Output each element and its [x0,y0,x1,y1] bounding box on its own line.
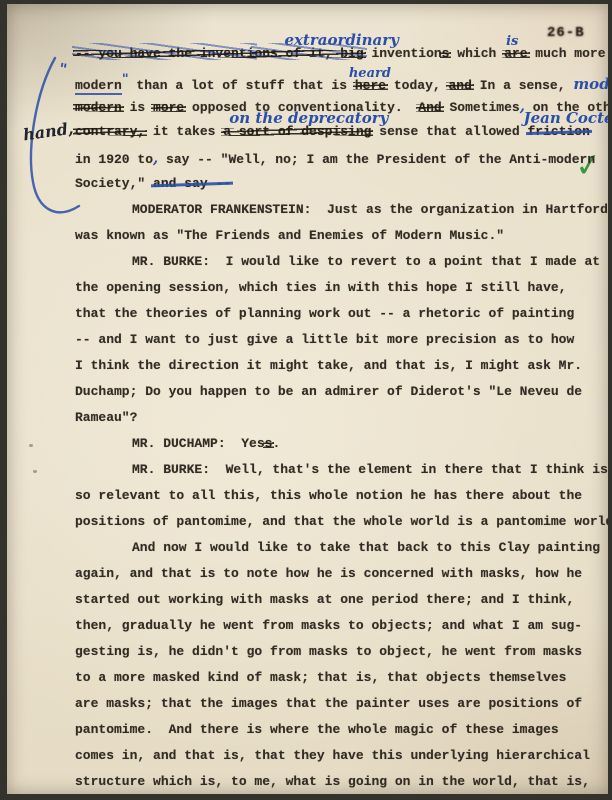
typed-text: -- and I want to just give a little bit … [75,332,574,347]
typed-line: to a more masked kind of mask; that is, … [75,665,608,691]
handwritten-insertion: is [506,35,518,48]
typed-line: so relevant to all this, this whole noti… [75,483,608,509]
typed-text: positions of pantomime, and that the who… [75,514,608,529]
edit-stack: a sort of despisingon the deprecatory [223,119,371,145]
typed-line: MR. BURKE: I would like to revert to a p… [75,249,608,275]
typed-line: modern" than a lot of stuff that is here… [75,67,608,93]
typed-line: in 1920 to, say -- "Well, no; I am the P… [75,145,608,171]
typed-text: In a sense, [472,78,573,93]
typed-line: structure which is, to me, what is going… [75,769,608,794]
typed-text: so relevant to all this, this whole noti… [75,488,582,503]
typed-text: Society," [75,176,153,191]
typed-line: was known as "The Friends and Enemies of… [75,223,608,249]
typed-line: pantomime. And there is where the whole … [75,717,608,743]
edit-stack: areis [504,41,527,67]
handwritten-insertion: heard [349,67,391,80]
edit-stack: hereheard [355,73,386,99]
ink-speck [33,470,37,473]
edit-stack: frictionJean Cocteau [528,119,590,145]
struck-text: contrary, [75,124,145,139]
typed-line: MR. DUCHAMP: Yess. [75,431,608,457]
typed-line: Rameau"? [75,405,608,431]
typed-line: MR. BURKE: Well, that's the element in t… [75,457,608,483]
handwritten-insertion: on the deprecatory [229,111,388,126]
struck-text: And [418,100,441,115]
typed-text: which [449,46,504,61]
handwritten-insertion: Jean Cocteau [524,111,609,126]
typed-line: contrary, it takes a sort of despisingon… [75,119,608,145]
struck-text: more [153,100,184,115]
typed-line: Duchamp; Do you happen to be an admirer … [75,379,608,405]
typed-text: it takes [145,124,223,139]
typed-line: then, gradually he went from masks to ob… [75,613,608,639]
typed-line: -- you have the inventions of it, bigext… [75,41,608,67]
typed-text: MR. BURKE: Well, that's the element in t… [132,462,608,477]
scan-frame: 26-B hand, " ✓ -- you have the invention… [0,0,612,800]
page-number: 26-B [547,24,585,42]
typed-text: is [122,100,153,115]
typed-text: that the theories of planning work out -… [75,306,574,321]
typed-line: Society," and say -- [75,171,608,197]
typed-text: MR. BURKE: I would like to revert to a p… [132,254,600,269]
handwritten-text: modernis [573,75,608,93]
typed-text: MODERATOR FRANKENSTEIN: Just as the orga… [132,202,608,217]
typed-line: gesting is, he didn't go from masks to o… [75,639,608,665]
typed-text: again, and that is to note how he is con… [75,566,582,581]
typed-text: much more [528,46,606,61]
paper: 26-B hand, " ✓ -- you have the invention… [7,4,608,794]
typed-line: -- and I want to just give a little bit … [75,327,608,353]
typed-text: started out working with masks at one pe… [75,592,574,607]
struck-text: s [265,436,273,451]
typed-line: are masks; that the images that the pain… [75,691,608,717]
edit-stack: ons of it, bigextraordinary [254,41,363,67]
blue-struck-text: and say -- [153,176,231,191]
struck-text: s [442,46,450,61]
struck-text: and [448,78,471,93]
typed-line: that the theories of planning work out -… [75,301,608,327]
typed-text: are masks; that the images that the pain… [75,696,582,711]
struck-text: -- you have the inventi [75,46,254,61]
typed-text: gesting is, he didn't go from masks to o… [75,644,582,659]
typed-text: in 1920 to [75,152,153,167]
typed-text: the opening session, which ties in with … [75,280,566,295]
typed-text: then, gradually he went from masks to ob… [75,618,582,633]
handwritten-insertion: extraordinary [284,33,398,48]
typed-text: today, [386,78,448,93]
typed-line: comes in, and that is, that they have th… [75,743,608,769]
typed-lines: -- you have the inventions of it, bigext… [75,41,608,794]
typed-text: say -- "Well, no; I am the President of … [158,152,595,167]
ink-speck [29,444,33,447]
typed-text: I think the direction it might take, and… [75,358,582,373]
typed-line: MODERATOR FRANKENSTEIN: Just as the orga… [75,197,608,223]
typed-text: Rameau"? [75,410,137,425]
typed-line: positions of pantomime, and that the who… [75,509,608,535]
typed-line: again, and that is to note how he is con… [75,561,608,587]
typed-text: And now I would like to take that back t… [132,540,600,555]
typed-line: the opening session, which ties in with … [75,275,608,301]
typed-text: MR. DUCHAMP: Yes [132,436,265,451]
typed-text: comes in, and that is, that they have th… [75,748,590,763]
typed-text: pantomime. And there is where the whole … [75,722,559,737]
typed-text: than a lot of stuff that is [129,78,355,93]
typed-text: to a more masked kind of mask; that is, … [75,670,566,685]
typed-text: Sometimes [442,100,520,115]
typed-text: Duchamp; Do you happen to be an admirer … [75,384,582,399]
typed-line: started out working with masks at one pe… [75,587,608,613]
typed-text: structure which is, to me, what is going… [75,774,590,789]
typed-line: I think the direction it might take, and… [75,353,608,379]
handwritten-quote: " [122,72,129,87]
struck-text: modern [75,100,122,115]
typed-line: And now I would like to take that back t… [75,535,608,561]
typed-text: sense that allowed [371,124,527,139]
typed-text: was known as "The Friends and Enemies of… [75,228,504,243]
